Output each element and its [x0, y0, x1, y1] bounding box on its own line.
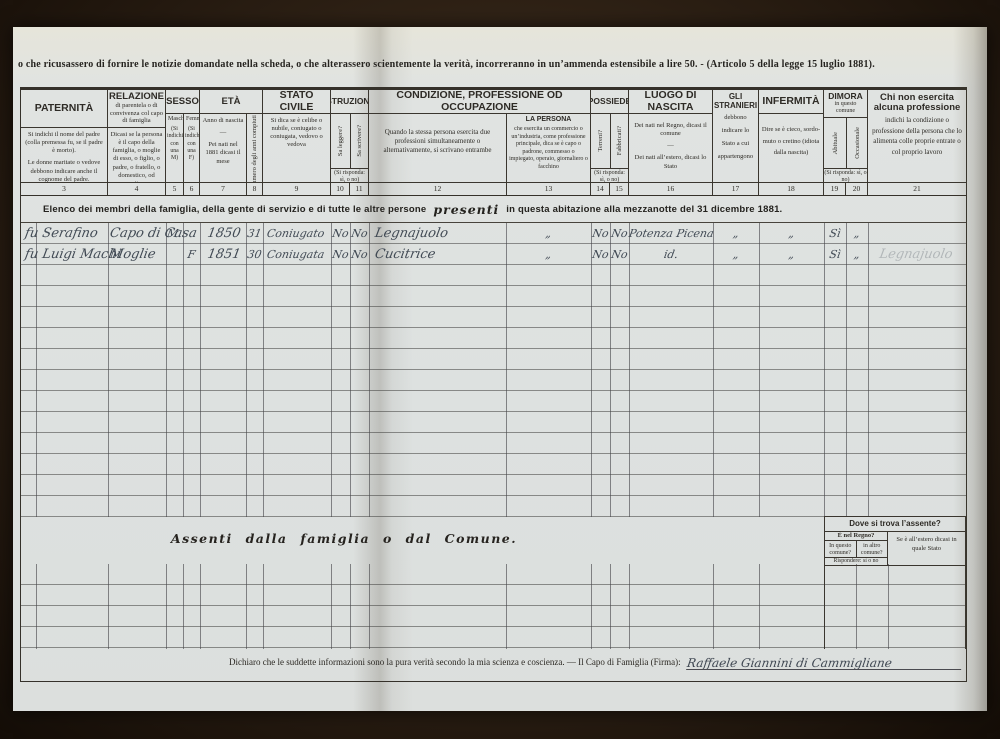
- table-vline: [166, 223, 167, 517]
- entry-professione: Cucitrice: [373, 244, 503, 265]
- table-vline: [108, 564, 109, 649]
- entry-infermita: „: [757, 223, 826, 244]
- column-title: ETÀ: [200, 90, 262, 114]
- absent-q1-label: In questo comune?: [825, 541, 856, 557]
- column-title: RELAZIONE di parentela o di convivenza c…: [108, 90, 165, 128]
- column-header-infermita: INFERMITÀ Dire se è cieco, sordo-muto o …: [759, 90, 824, 195]
- entry-la-persona: „: [504, 244, 593, 265]
- column-header-relazione: RELAZIONE di parentela o di convivenza c…: [108, 90, 166, 195]
- entry-sa-scrivere: No: [348, 223, 371, 244]
- table-vline: [868, 223, 869, 517]
- entry-dimora-occasionale: „: [844, 223, 870, 244]
- census-table: PATERNITÀ Si indichi il nome del padre (…: [20, 87, 967, 682]
- entry-la-persona: „: [504, 223, 593, 244]
- subcolumn-professione: Quando la stessa persona esercita due pr…: [369, 114, 506, 195]
- column-desc: indichi la condizione o professione dell…: [868, 112, 966, 182]
- table-vline: [246, 223, 247, 517]
- column-title: LUOGO DI NASCITA: [629, 90, 712, 114]
- column-title: SESSO: [166, 90, 199, 114]
- table-vline: [610, 223, 611, 517]
- absent-q2-label: in altro comune?: [856, 541, 888, 557]
- absent-section-caption: Assenti dalla famiglia o dal Comune.: [109, 531, 579, 546]
- table-vline: [183, 564, 184, 649]
- entry-paternita: fu Serafino: [23, 223, 109, 244]
- table-vline: [506, 223, 507, 517]
- subcolumn-femmina: Femmina (Si indichi con una F) 6: [183, 114, 199, 195]
- table-vline: [846, 223, 847, 517]
- table-vline: [200, 223, 201, 517]
- entry-stato-civile: Coniugata: [265, 244, 331, 265]
- table-vline: [591, 564, 592, 649]
- table-vline: [629, 564, 630, 649]
- census-sheet: o che ricusassero di fornire le notizie …: [13, 27, 987, 711]
- subcolumn-anni-compiuti: Numero degli anni compiuti 8: [246, 114, 262, 195]
- entry-infermita: „: [757, 244, 826, 265]
- column-title: DIMORA in questo comune: [824, 90, 867, 118]
- column-title: STATO CIVILE: [263, 90, 330, 114]
- table-vline: [183, 223, 184, 517]
- entry-stato-civile: Coniugato: [265, 223, 331, 244]
- entry-luogo-nascita: Potenza Picena: [627, 223, 715, 244]
- column-desc: debbono indicare lo Stato a cui apparten…: [713, 108, 758, 182]
- subcolumn-sa-leggere: Sa leggere?: [331, 114, 350, 168]
- table-vline: [331, 223, 332, 517]
- entry-relazione: Moglie: [108, 244, 167, 265]
- column-header-stato-civile: STATO CIVILE Si dica se è celibe o nubil…: [263, 90, 331, 195]
- column-title: PATERNITÀ: [21, 90, 107, 128]
- entry-anni: 30: [244, 244, 265, 265]
- column-title: ISTRUZIONE: [331, 90, 368, 114]
- column-title: POSSIEDE: [591, 90, 628, 114]
- column-header-chi-non-esercita: Chi non esercita alcuna professione indi…: [868, 90, 966, 195]
- column-title: GLI STRANIERI: [713, 90, 758, 108]
- subcolumn-maschio: Maschio (Si indichi con una M) 5: [166, 114, 183, 195]
- column-number: 3: [21, 182, 107, 195]
- table-vline: [263, 223, 264, 517]
- entry-paternita: fu Luigi Machi: [23, 244, 109, 265]
- subcolumn-anno-di-nascita: Anno di nascita — Pei nati nel 1881 dica…: [200, 114, 246, 195]
- table-vline: [331, 564, 332, 649]
- absent-estero-label: Se è all’estero dicasi in quale Stato: [888, 532, 965, 565]
- scanned-census-form: { "scan": { "penalty_line": "o che ricus…: [0, 0, 1000, 739]
- subcolumn-fabbricati: Fabbricati?: [610, 114, 628, 168]
- column-title: INFERMITÀ: [759, 90, 823, 114]
- column-number: 9: [263, 182, 330, 195]
- absent-respond-label: Rispondere: sì o no: [825, 557, 887, 565]
- column-title: CONDIZIONE, PROFESSIONE OD OCCUPAZIONE: [369, 90, 590, 114]
- entry-stranieri: „: [711, 244, 761, 265]
- entry-luogo-nascita: id.: [627, 244, 715, 265]
- column-header-condizione: CONDIZIONE, PROFESSIONE OD OCCUPAZIONE Q…: [369, 90, 591, 195]
- column-header-sesso: SESSO Maschio (Si indichi con una M) 5 F…: [166, 90, 200, 195]
- subcolumn-occasionale: Occasionale: [846, 118, 867, 168]
- table-vline: [369, 564, 370, 649]
- entry-stranieri: „: [711, 223, 761, 244]
- present-list-caption: Elenco dei membri della famiglia, della …: [21, 196, 966, 223]
- head-of-family-signature: Raffaele Giannini di Cammigliane: [686, 657, 963, 670]
- table-vline: [506, 564, 507, 649]
- column-desc: Dicasi se la persona è il capo della fam…: [108, 128, 165, 182]
- table-vline: [629, 223, 630, 517]
- subcolumn-sa-scrivere: Sa scrivere?: [350, 114, 368, 168]
- column-number: 18: [759, 182, 823, 195]
- entry-anno-nascita: 1851: [200, 244, 248, 265]
- column-desc: Si indichi il nome del padre (colla prem…: [21, 128, 107, 182]
- subcolumn-abituale: Abituale: [824, 118, 846, 168]
- column-header-paternita: PATERNITÀ Si indichi il nome del padre (…: [21, 90, 108, 195]
- column-title: Chi non esercita alcuna professione: [868, 90, 966, 112]
- entry-relazione: Capo di Casa: [108, 223, 167, 244]
- absent-locator-box: Dove si trova l’assente? È nel Regno? In…: [824, 516, 966, 649]
- entry-anno-nascita: 1850: [200, 223, 248, 244]
- table-vline: [759, 564, 760, 649]
- table-vline: [166, 564, 167, 649]
- table-vline: [713, 564, 714, 649]
- table-vline: [350, 564, 351, 649]
- table-vline: [824, 223, 825, 517]
- column-header-eta: ETÀ Anno di nascita — Pei nati nel 1881 …: [200, 90, 263, 195]
- entry-professione: Legnajuolo: [373, 223, 503, 244]
- entry-sa-scrivere: No: [348, 244, 371, 265]
- table-vline: [350, 223, 351, 517]
- column-header-possiede: POSSIEDE Terreni? Fabbricati? (Si rispon…: [591, 90, 629, 195]
- table-vline: [591, 223, 592, 517]
- column-number: 16: [629, 182, 712, 195]
- column-desc: Dire se è cieco, sordo-muto o cretino (i…: [759, 114, 823, 182]
- column-desc: Si dica se è celibe o nubile, coniugato …: [263, 114, 330, 182]
- table-vline: [36, 223, 37, 517]
- entry-anni: 31: [244, 223, 265, 244]
- table-header: PATERNITÀ Si indichi il nome del padre (…: [21, 90, 966, 196]
- column-number: 21: [868, 182, 966, 195]
- declaration-text: Dichiaro che le suddette informazioni so…: [229, 657, 681, 667]
- subcolumn-la-persona: LA PERSONA che esercita un commercio o u…: [506, 114, 590, 195]
- table-vline: [369, 223, 370, 517]
- table-vline: [108, 223, 109, 517]
- column-number: 4: [108, 182, 165, 195]
- table-vline: [263, 564, 264, 649]
- penalty-notice: o che ricusassero di fornire le notizie …: [18, 58, 884, 72]
- column-header-dimora: DIMORA in questo comune Abituale Occasio…: [824, 90, 868, 195]
- column-number: 17: [713, 182, 758, 195]
- absent-regno-label: È nel Regno?: [825, 532, 887, 541]
- entry-chi-non-esercita: Legnajuolo: [866, 244, 966, 265]
- absent-locator-title: Dove si trova l’assente?: [825, 517, 965, 532]
- table-vline: [759, 223, 760, 517]
- entry-sesso-f: F: [181, 244, 202, 265]
- column-header-luogo-di-nascita: LUOGO DI NASCITA Dei nati nel Regno, dic…: [629, 90, 713, 195]
- subcolumn-terreni: Terreni?: [591, 114, 610, 168]
- column-header-stranieri: GLI STRANIERI debbono indicare lo Stato …: [713, 90, 759, 195]
- table-vline: [713, 223, 714, 517]
- table-vline: [246, 564, 247, 649]
- declaration-row: Dichiaro che le suddette informazioni so…: [21, 649, 966, 683]
- column-header-istruzione: ISTRUZIONE Sa leggere? Sa scrivere? (Si …: [331, 90, 369, 195]
- present-rows-area: fu Serafino Capo di Casa M. 1850 31 Coni…: [21, 223, 966, 517]
- column-desc: Dei nati nel Regno, dicasi il comune — D…: [629, 114, 712, 182]
- table-vline: [610, 564, 611, 649]
- table-vline: [200, 564, 201, 649]
- table-vline: [36, 564, 37, 649]
